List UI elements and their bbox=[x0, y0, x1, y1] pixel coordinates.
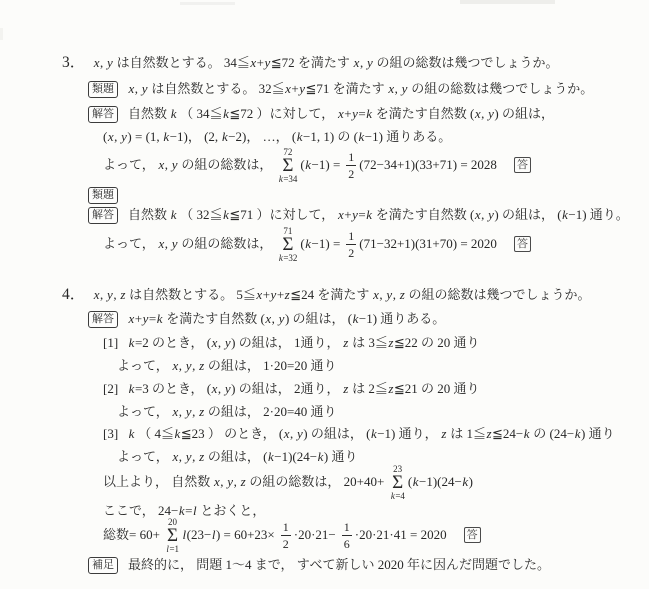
p3-solution2-text: 自然数 k （ 32≦k≦71 ）に対して， x+y=k を満たす自然数 (x,… bbox=[128, 207, 629, 222]
sum-lower-limit: k=4 bbox=[390, 491, 405, 501]
p3-total2-formula: よって， x, y の組の総数は， 71 Σ k=32 (k−1) = 1 2 … bbox=[103, 226, 534, 262]
case-1-label: [1] bbox=[103, 335, 118, 350]
sigma-icon: Σ bbox=[392, 474, 403, 491]
case-2-label: [2] bbox=[103, 381, 118, 396]
p3-similar-text: x, y は自然数とする。 32≦x+y≦71 を満たす x, y の組の総数は… bbox=[128, 81, 593, 96]
note-line: 補足最終的に， 問題 1～4 まで， すべて新しい 2020 年に因んだ問題でし… bbox=[88, 556, 550, 574]
problem-4-statement: x, y, z は自然数とする。 5≦x+y+z≦24 を満たす x, y, z… bbox=[93, 287, 590, 302]
scan-artifact bbox=[0, 28, 3, 40]
case-2-text: k=3 のとき， (x, y) の組は， 2通り， z は 2≦z≦21 の 2… bbox=[128, 381, 479, 396]
p3-solution-text-2: (x, y) = (1, k−1)， (2, k−2)， …， (k−1, 1)… bbox=[103, 129, 451, 144]
p4-total-mid: ·20·21− bbox=[294, 526, 336, 544]
p3-total2-prefix: よって， x, y の組の総数は， bbox=[103, 235, 272, 253]
problem-3-number: 3． bbox=[62, 54, 85, 71]
summation: 23 Σ k=4 bbox=[390, 464, 405, 501]
scan-artifact bbox=[180, 2, 235, 5]
fraction: 1 6 bbox=[342, 521, 352, 550]
fraction-denominator: 2 bbox=[346, 165, 356, 180]
p3-sum-body: (k−1) = bbox=[300, 156, 340, 174]
problem-3-statement: x, y は自然数とする。 34≦x+y≦72 を満たす x, y の組の総数は… bbox=[93, 55, 558, 70]
note-text: 最終的に， 問題 1～4 まで， すべて新しい 2020 年に因んだ問題でした。 bbox=[128, 557, 550, 572]
sum-lower-limit: k=34 bbox=[278, 174, 297, 184]
p4-sum3-body: (k−1)(24−k) bbox=[408, 473, 473, 491]
summation: 20 Σ l=1 bbox=[166, 517, 179, 554]
fraction: 1 2 bbox=[346, 151, 356, 180]
case-3-text: k （ 4≦k≦23 ） のとき， (x, y) の組は， (k−1) 通り， … bbox=[128, 426, 614, 441]
p3-total-prefix: よって， x, y の組の総数は， bbox=[103, 156, 272, 174]
similar-problem-badge: 類題 bbox=[88, 81, 118, 98]
p4-case3-line1: [3]k （ 4≦k≦23 ） のとき， (x, y) の組は， (k−1) 通… bbox=[103, 425, 615, 443]
fraction: 1 2 bbox=[281, 521, 291, 550]
fraction-denominator: 6 bbox=[342, 535, 352, 550]
p3-solution-text-1: 自然数 k （ 34≦k≦72 ）に対して， x+y=k を満たす自然数 (x,… bbox=[128, 106, 554, 121]
problem-4-statement-line: 4．x, y, z は自然数とする。 5≦x+y+z≦24 を満たす x, y,… bbox=[62, 286, 591, 304]
case-2-result: よって， x, y, z の組は， 2·20=40 通り bbox=[117, 404, 337, 419]
sum-lower-limit: l=1 bbox=[166, 544, 179, 554]
p3-solution-line-1: 解答自然数 k （ 34≦k≦72 ）に対して， x+y=k を満たす自然数 (… bbox=[88, 105, 554, 123]
p3-total2-suffix: (71−32+1)(31+70) = 2020 bbox=[359, 235, 497, 253]
solution-badge: 解答 bbox=[88, 311, 118, 328]
fraction-numerator: 1 bbox=[347, 230, 355, 244]
p4-case1-line1: [1]k=2 のとき， (x, y) の組は， 1通り， z は 3≦z≦22 … bbox=[103, 334, 480, 352]
p4-total-formula: 総数= 60+ 20 Σ l=1 l(23−l) = 60+23× 1 2 ·2… bbox=[103, 517, 484, 553]
p3-similar2-line: 類題 bbox=[88, 186, 128, 204]
sum-lower-limit: k=32 bbox=[278, 253, 297, 263]
p3-similar-line: 類題x, y は自然数とする。 32≦x+y≦71 を満たす x, y の組の総… bbox=[88, 80, 593, 98]
problem-4-number: 4． bbox=[62, 286, 85, 303]
sigma-icon: Σ bbox=[282, 236, 293, 253]
fraction: 1 2 bbox=[346, 230, 356, 259]
fraction-denominator: 2 bbox=[281, 535, 291, 550]
p4-summary-prefix: 以上より， 自然数 x, y, z の組の総数は， 20+40+ bbox=[103, 473, 384, 491]
p3-total-formula: よって， x, y の組の総数は， 72 Σ k=34 (k−1) = 1 2 … bbox=[103, 147, 534, 183]
p4-case2-line1: [2]k=3 のとき， (x, y) の組は， 2通り， z は 2≦z≦21 … bbox=[103, 380, 480, 398]
summation: 72 Σ k=34 bbox=[278, 147, 297, 184]
p4-case2-line2: よって， x, y, z の組は， 2·20=40 通り bbox=[117, 403, 337, 421]
fraction-denominator: 2 bbox=[346, 244, 356, 259]
p3-total-suffix: (72−34+1)(33+71) = 2028 bbox=[359, 156, 497, 174]
p3-sum2-body: (k−1) = bbox=[300, 235, 340, 253]
case-3-result: よって， x, y, z の組は， (k−1)(24−k) 通り bbox=[117, 449, 357, 464]
note-badge: 補足 bbox=[88, 557, 118, 574]
p4-case1-line2: よって， x, y, z の組は， 1·20=20 通り bbox=[117, 357, 337, 375]
answer-stamp: 答 bbox=[514, 236, 531, 252]
p3-solution2-line: 解答自然数 k （ 32≦k≦71 ）に対して， x+y=k を満たす自然数 (… bbox=[88, 206, 629, 224]
solution-badge: 解答 bbox=[88, 207, 118, 224]
scan-artifact bbox=[460, 0, 555, 4]
p4-solution-intro: x+y=k を満たす自然数 (x, y) の組は， (k−1) 通りある。 bbox=[128, 311, 445, 326]
sigma-icon: Σ bbox=[282, 157, 293, 174]
case-3-label: [3] bbox=[103, 426, 118, 441]
p4-summary-formula: 以上より， 自然数 x, y, z の組の総数は， 20+40+ 23 Σ k=… bbox=[103, 464, 476, 500]
p3-solution-line-2: (x, y) = (1, k−1)， (2, k−2)， …， (k−1, 1)… bbox=[103, 128, 451, 146]
case-1-result: よって， x, y, z の組は， 1·20=20 通り bbox=[117, 358, 337, 373]
p4-total-suffix: ·20·21·41 = 2020 bbox=[355, 526, 447, 544]
fraction-numerator: 1 bbox=[347, 151, 355, 165]
problem-3-statement-line: 3．x, y は自然数とする。 34≦x+y≦72 を満たす x, y の組の総… bbox=[62, 54, 558, 72]
summation: 71 Σ k=32 bbox=[278, 226, 297, 263]
sigma-icon: Σ bbox=[167, 527, 178, 544]
scanned-math-document: 3．x, y は自然数とする。 34≦x+y≦72 を満たす x, y の組の総… bbox=[0, 0, 649, 589]
answer-stamp: 答 bbox=[464, 527, 481, 543]
p4-sum4-body: l(23−l) = 60+23× bbox=[182, 526, 275, 544]
similar-problem-badge: 類題 bbox=[88, 187, 118, 204]
p4-solution-intro-line: 解答x+y=k を満たす自然数 (x, y) の組は， (k−1) 通りある。 bbox=[88, 310, 445, 328]
fraction-numerator: 1 bbox=[282, 521, 290, 535]
solution-badge: 解答 bbox=[88, 106, 118, 123]
p4-substitution-text: ここで， 24−k=l とおくと， bbox=[103, 503, 265, 518]
fraction-numerator: 1 bbox=[343, 521, 351, 535]
p4-total-prefix: 総数= 60+ bbox=[103, 526, 160, 544]
case-1-text: k=2 のとき， (x, y) の組は， 1通り， z は 3≦z≦22 の 2… bbox=[128, 335, 479, 350]
answer-stamp: 答 bbox=[514, 157, 531, 173]
